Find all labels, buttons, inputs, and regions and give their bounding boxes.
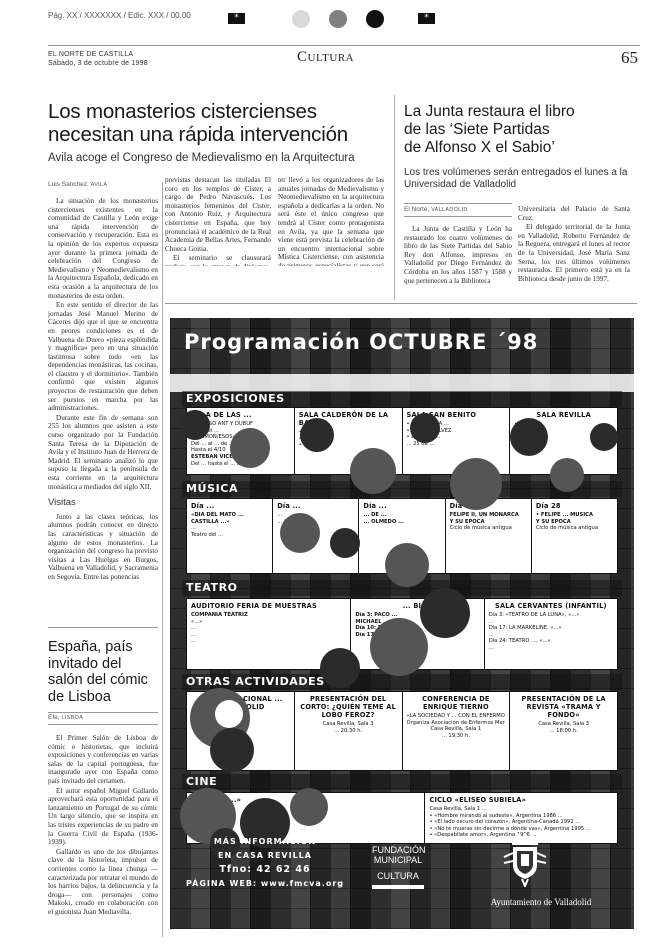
panel-heading: PRESENTACIÓN DE LA REVISTA «TRAMA Y FOND…: [514, 695, 613, 719]
panel-line: ...: [191, 632, 346, 639]
side-headline: España, país invitado del salón del cómi…: [48, 639, 163, 705]
right-article-col-2: Universitaria del Palacio de Santa Cruz.…: [518, 205, 630, 291]
splatter-icon: [280, 513, 320, 553]
panel-line: Y SU ÉPOCA: [536, 519, 613, 526]
panel-heading: CICLO «ELISEO SUBIELA»: [429, 796, 613, 804]
splatter-icon: [420, 588, 470, 638]
column-rule: [394, 95, 395, 300]
byline-rule: [404, 203, 512, 204]
panel-line: ...: [489, 645, 613, 652]
headline-line: Los monasterios cistercienses: [48, 100, 388, 123]
panel-line: CASTILLA ...»: [191, 519, 268, 526]
paragraph: Gallardo es uno de los dibujantes clave …: [48, 848, 158, 917]
paragraph: El autor español Miguel Gallardo aprovec…: [48, 787, 158, 847]
paragraph: La situación de los monasterios cisterci…: [48, 197, 158, 300]
splatter-icon: [590, 423, 618, 451]
info-line: MÁS INFORMACIÓN: [180, 835, 350, 849]
right-byline: El Norte, VALLADOLID: [404, 206, 468, 213]
panel-heading: Día ...: [277, 502, 354, 510]
print-slug: Pág. XX / XXXXXXX / Edic. XXX / 00.00: [48, 11, 191, 20]
headline-line: de Alfonso X el Sabio’: [404, 139, 639, 157]
panel-line: Teatro del ...: [191, 532, 268, 539]
splatter-icon: [550, 458, 584, 492]
headline-line: La Junta restaura el libro: [404, 103, 639, 121]
splatter-icon: [230, 428, 270, 468]
event-panel: Día 21 FELIPE II, UN MONARCA Y SU ÉPOCA …: [446, 499, 532, 573]
phone-number: Tfno: 42 62 46: [180, 863, 350, 877]
panel-line: Y SU ÉPOCA: [450, 519, 527, 526]
panel-line: ...: [191, 638, 346, 645]
panel-line: FELIPE II, UN MONARCA: [450, 512, 527, 519]
city-council-name: Ayuntamiento de Valladolid: [456, 897, 626, 907]
category-cine: CINE: [182, 774, 622, 790]
headline-line: España, país: [48, 639, 163, 656]
color-dot-light-icon: [292, 10, 310, 28]
info-line: EN CASA REVILLA: [180, 849, 350, 863]
paragraph: El Primer Salón de Lisboa de cómic e his…: [48, 734, 158, 786]
panel-line: Casa Revilla, Sala 3: [514, 721, 613, 728]
main-article-col-3: ter llevó a los organizadores de las anu…: [278, 176, 384, 266]
headline-line: invitado del: [48, 656, 163, 673]
panel-line: Día 24: TEATRO ..., «...»: [489, 638, 613, 645]
paragraph: previstas destacan las tituladas El coro…: [165, 176, 271, 253]
register-mark-icon: *: [228, 13, 245, 24]
splatter-icon: [320, 648, 360, 688]
logo-line: CULTURA: [372, 871, 424, 881]
color-dot-mid-icon: [329, 10, 347, 28]
event-panel: Día 28 • FELIPE ... MÚSICA Y SU ÉPOCA Ci…: [532, 499, 617, 573]
splatter-icon: [410, 413, 440, 443]
paragraph: Universitaria del Palacio de Santa Cruz.: [518, 205, 630, 222]
panel-line: «...»: [191, 619, 346, 626]
panel-heading: Día 28: [536, 502, 613, 510]
paragraph: En este sentido el director de las jorna…: [48, 301, 158, 413]
panel-line: ... 19:30 h.: [407, 733, 506, 740]
masthead-paper: EL NORTE DE CASTILLA Sábado, 3 de octubr…: [48, 50, 148, 68]
main-article-col-2: previstas destacan las tituladas El coro…: [165, 176, 271, 266]
right-article-col-1: La Junta de Castilla y León ha restaurad…: [404, 225, 512, 291]
main-headline: Los monasterios cistercienses necesitan …: [48, 100, 388, 146]
page-number: 65: [621, 48, 638, 68]
headline-line: salón del cómic: [48, 672, 163, 689]
splatter-icon: [210, 728, 254, 772]
right-headline: La Junta restaura el libro de las ‘Siete…: [404, 103, 639, 157]
panel-line: • «Hombre mirando al sudeste», Argentina…: [429, 813, 613, 820]
panel-line: Casa Revilla, Sala 1 ...: [429, 806, 613, 813]
panel-heading: Día ...: [363, 502, 440, 510]
splatter-icon: [300, 418, 334, 452]
splatter-icon: [330, 528, 360, 558]
section-title: Cultura: [297, 49, 354, 66]
panel-line: Organiza Asociación de Enfermos Mentales…: [407, 720, 506, 727]
right-deck: Los tres volúmenes serán entregados el l…: [404, 167, 639, 191]
byline-place: VALLADOLID: [431, 207, 468, 213]
category-exposiciones: EXPOSICIONES: [182, 391, 622, 407]
paragraph: La Junta de Castilla y León ha restaurad…: [404, 225, 512, 285]
panel-heading: SALA CERVANTES (INFANTIL): [489, 602, 613, 610]
paragraph: Durante este fin de semana son 255 los a…: [48, 414, 158, 491]
byline-author: El Norte: [404, 206, 427, 213]
category-otras: OTRAS ACTIVIDADES: [182, 674, 622, 690]
logo-bar: [372, 837, 424, 841]
splatter-icon: [180, 410, 210, 440]
coat-of-arms-icon: [500, 831, 550, 887]
main-article-col-1: La situación de los monasterios cisterci…: [48, 197, 158, 627]
panel-line: Casa Revilla, Sala 3: [299, 721, 398, 728]
splatter-icon: [215, 700, 243, 728]
panel-heading: Día ...: [191, 502, 268, 510]
panel-line: ...: [191, 525, 268, 532]
splatter-icon: [450, 458, 502, 510]
article-divider: [165, 303, 637, 304]
panel-line: COMPAÑÍA TEATRIZ: [191, 612, 346, 619]
panel-line: ...: [191, 625, 346, 632]
main-deck: Avila acoge el Congreso de Medievalismo …: [48, 152, 388, 164]
foundation-logo: FUNDACIÓN MUNICIPAL CULTURA: [372, 835, 424, 893]
logo-bar: [372, 885, 424, 889]
website-link[interactable]: PÁGINA WEB: www.fmcva.org: [180, 877, 350, 891]
panel-line: Ciclo de música antigua: [450, 525, 527, 532]
byline-rule: [48, 724, 158, 725]
splatter-band: [170, 374, 634, 392]
article-divider: [48, 627, 158, 628]
event-panel: PRESENTACIÓN DEL CORTO: ¿QUIÉN TEME AL L…: [295, 692, 403, 770]
paragraph: Junto a las clases teóricas, los alumnos…: [48, 513, 158, 582]
panel-line: ...: [489, 619, 613, 626]
panel-line: ...: [489, 632, 613, 639]
paragraph: El seminario se clausurará mañana con la…: [165, 254, 271, 266]
event-panel: SALA CERVANTES (INFANTIL) Día 3: «TEATRO…: [485, 599, 617, 669]
issue-date: Sábado, 3 de octubre de 1998: [48, 59, 148, 68]
event-panel: Día ... «DÍA DEL MATO ... CASTILLA ...» …: [187, 499, 273, 573]
ad-title: Programación OCTUBRE ´98: [184, 330, 538, 354]
byline-rule: [404, 216, 512, 217]
panel-line: ... OLMEDO ...: [363, 519, 440, 526]
register-mark-icon: *: [418, 13, 435, 24]
panel-line: • FELIPE ... MÚSICA: [536, 512, 613, 519]
splatter-icon: [350, 448, 396, 494]
panel-line: «LA SOCIEDAD Y ... CON EL ENFERMO MENTAL…: [407, 713, 506, 720]
logo-line: FUNDACIÓN: [372, 845, 424, 855]
side-byline: Efe, LISBOA: [48, 714, 83, 721]
subhead: Visitas: [48, 499, 158, 508]
panel-line: Ciclo de música antigua: [536, 525, 613, 532]
splatter-icon: [510, 418, 548, 456]
byline-place: AVILA: [91, 182, 108, 188]
column-rule: [162, 182, 163, 937]
event-panel: CONFERENCIA DE ENRIQUE TIERNO «LA SOCIED…: [403, 692, 511, 770]
ad-footer: MÁS INFORMACIÓN EN CASA REVILLA Tfno: 42…: [170, 821, 634, 929]
headline-line: necesitan una rápida intervención: [48, 123, 388, 146]
splatter-icon: [370, 618, 428, 676]
headline-line: de Lisboa: [48, 689, 163, 706]
headline-line: de las ‘Siete Partidas: [404, 121, 639, 139]
programme-ad: Programación OCTUBRE ´98 EXPOSICIONES SA…: [170, 318, 634, 929]
byline-author: Luis Sanchez: [48, 181, 87, 188]
logo-line: MUNICIPAL: [372, 855, 424, 865]
splatter-icon: [385, 543, 429, 587]
side-story-body: El Primer Salón de Lisboa de cómic e his…: [48, 734, 158, 934]
paper-name: EL NORTE DE CASTILLA: [48, 50, 148, 59]
panel-heading: CONFERENCIA DE ENRIQUE TIERNO: [407, 695, 506, 711]
event-panel: PRESENTACIÓN DE LA REVISTA «TRAMA Y FOND…: [510, 692, 617, 770]
panel-heading: PRESENTACIÓN DEL CORTO: ¿QUIÉN TEME AL L…: [299, 695, 398, 719]
color-dot-dark-icon: [366, 10, 384, 28]
paragraph: ter llevó a los organizadores de las anu…: [278, 176, 384, 266]
byline-rule: [48, 712, 158, 713]
panel-line: ... DE ...: [363, 512, 440, 519]
info-block: MÁS INFORMACIÓN EN CASA REVILLA Tfno: 42…: [180, 835, 350, 891]
panel-line: Casa Revilla, Sala 1: [407, 726, 506, 733]
panel-line: ... 20:30 h.: [299, 728, 398, 735]
byline-author: Efe: [48, 714, 58, 721]
byline-place: LISBOA: [61, 715, 83, 721]
panel-line: ... 18:00 h.: [514, 728, 613, 735]
masthead-rule: [48, 45, 640, 46]
main-byline: Luis Sanchez, AVILA: [48, 181, 107, 188]
panel-line: Día 17: LA MARKELINE, «...»: [489, 625, 613, 632]
panel-line: Día 3: «TEATRO DE LA LUNA», «...»: [489, 612, 613, 619]
panel-heading: AUDITORIO FERIA DE MUESTRAS: [191, 602, 346, 610]
paragraph: El delegado territorial de la Junta en V…: [518, 223, 630, 283]
panel-line: «DÍA DEL MATO ...: [191, 512, 268, 519]
